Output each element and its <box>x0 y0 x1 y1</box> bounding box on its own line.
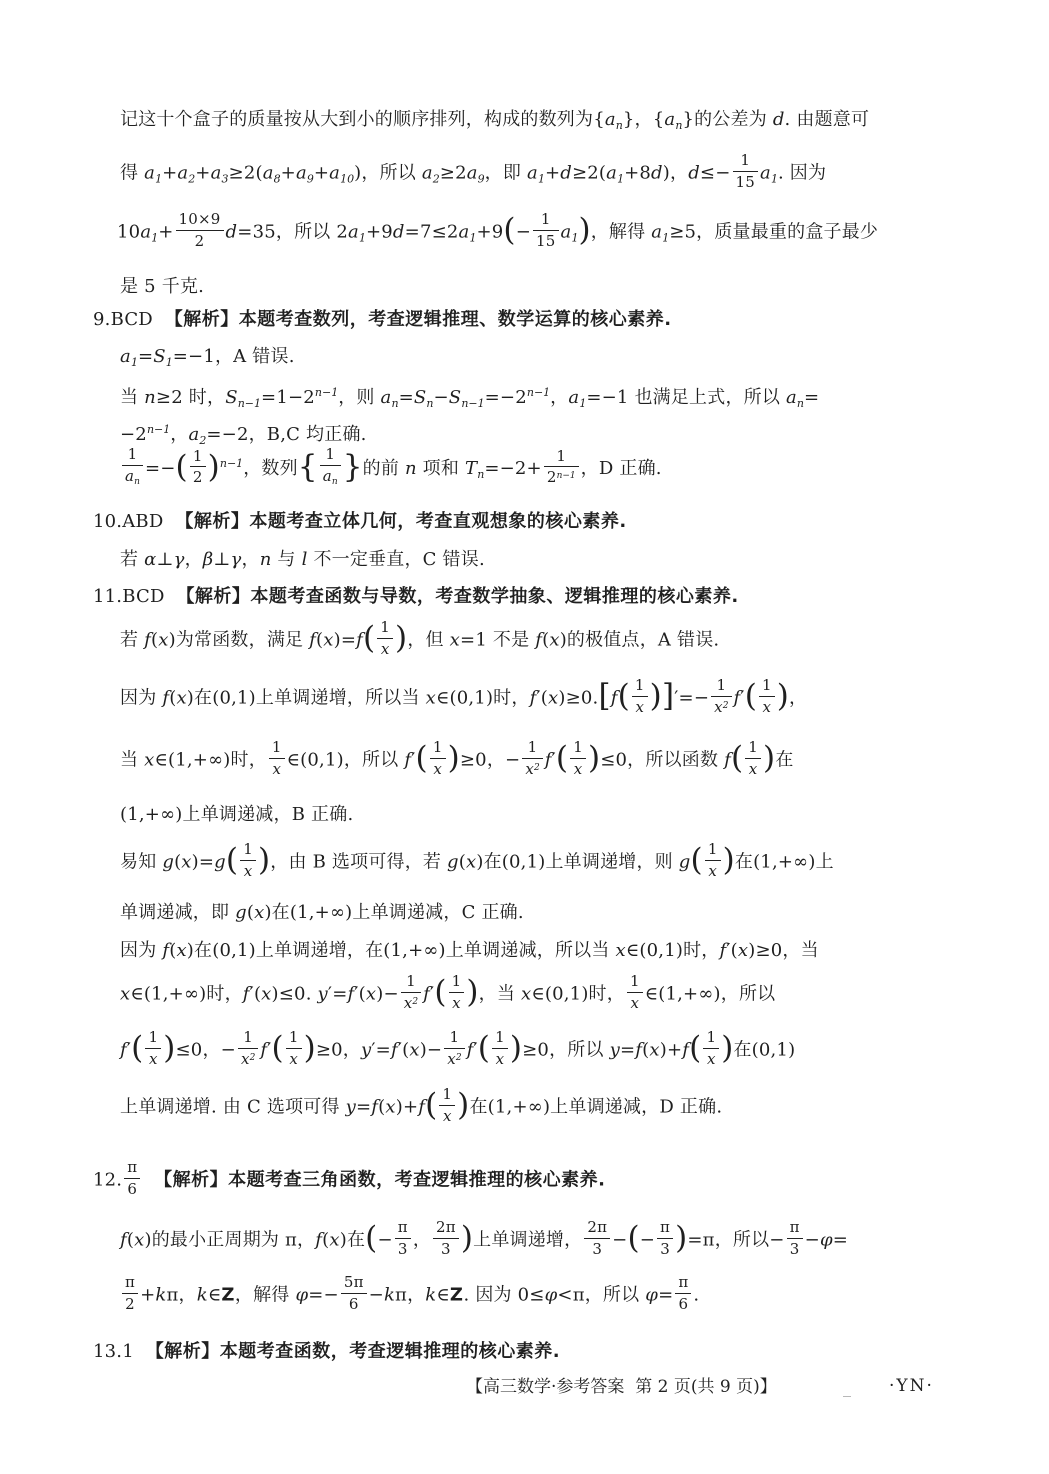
text-run: +9 <box>366 222 393 243</box>
subscript: 9 <box>478 173 485 186</box>
doc-line-1: 记这十个盒子的质量按从大到小的顺序排列，构成的数列为{an}，{an}的公差为 … <box>120 107 869 139</box>
math-variable: x <box>707 1050 716 1068</box>
text-run: 1 <box>573 738 583 756</box>
text-run: = <box>620 1040 635 1061</box>
denominator: x <box>759 697 775 716</box>
big-delimiter: { <box>298 452 318 483</box>
denominator: 3 <box>657 1239 673 1258</box>
text-run: 2 <box>125 1295 135 1313</box>
fraction: 1x <box>439 1085 455 1124</box>
math-variable: f <box>418 1097 425 1118</box>
math-variable: x <box>254 902 264 923</box>
text-run: 1 <box>148 1028 158 1046</box>
text-run: ，即 <box>485 163 527 184</box>
big-delimiter: ( <box>416 743 428 774</box>
math-variable: d <box>773 109 785 130</box>
text-run: 易知 <box>120 852 162 873</box>
math-variable: x <box>176 688 186 709</box>
text-run: π <box>790 1218 800 1236</box>
denominator: x <box>286 1049 302 1068</box>
math-variable: a <box>144 163 155 184</box>
math-variable: d <box>688 163 700 184</box>
text-run: =1−2 <box>261 387 315 408</box>
big-delimiter: ( <box>503 215 515 246</box>
math-variable: a <box>467 163 478 184</box>
math-variable: x <box>452 994 461 1012</box>
math-variable: x <box>447 1050 456 1068</box>
bold-text: Z <box>450 1285 464 1306</box>
text-run: ∈(1,+∞)时， <box>154 750 266 771</box>
text-run: 1 <box>128 445 138 463</box>
text-run: − <box>369 1285 384 1306</box>
math-variable: g <box>162 852 174 873</box>
numerator: 1 <box>240 840 256 861</box>
math-variable: x <box>525 760 534 778</box>
bold-text: Z <box>221 1285 235 1306</box>
fraction: 1x <box>269 738 285 777</box>
numerator: 1 <box>711 676 731 697</box>
text-run: )≤0. <box>272 984 318 1005</box>
math-variable: S <box>153 346 166 367</box>
math-variable: g <box>214 852 226 873</box>
math-variable: a <box>527 163 538 184</box>
text-run: 得 <box>120 163 144 184</box>
subscript: n−1 <box>461 397 484 410</box>
math-variable: f <box>356 630 363 651</box>
superscript: 2 <box>723 701 729 711</box>
fraction: 1x2 <box>711 676 731 715</box>
math-variable: x <box>763 698 772 716</box>
doc-line-20: x∈(1,+∞)时，f′(x)≤0. y′=f′(x)−1x2f′(1x)，当 … <box>120 975 775 1014</box>
text-run: +8 <box>624 163 651 184</box>
text-run: π， <box>395 1285 425 1306</box>
text-run: − <box>434 387 449 408</box>
text-run: ≥0，− <box>460 750 520 771</box>
numerator: 2π <box>433 1218 459 1239</box>
denominator: 15 <box>733 172 759 191</box>
text-run: 的前 <box>363 458 405 479</box>
big-delimiter: ) <box>763 743 775 774</box>
text-run: )− <box>420 1040 443 1061</box>
math-variable: f <box>467 1040 474 1061</box>
text-run: π <box>678 1273 688 1291</box>
text-run: 2 <box>547 468 557 486</box>
math-variable: x <box>261 984 271 1005</box>
text-run: 6 <box>679 1295 689 1313</box>
text-run: − <box>640 1230 655 1251</box>
big-delimiter: ( <box>363 623 375 654</box>
math-variable: a <box>651 222 662 243</box>
numerator: 1 <box>320 445 341 466</box>
denominator: x2 <box>444 1049 464 1068</box>
fraction: 1x <box>703 1028 719 1067</box>
text-run: <π，所以 <box>557 1285 645 1306</box>
text-run: π， <box>166 1285 196 1306</box>
numerator: 1 <box>570 738 586 759</box>
text-run: π <box>125 1273 135 1291</box>
text-run: . 因为 0≤ <box>463 1285 544 1306</box>
math-variable: x <box>649 1040 659 1061</box>
math-variable: g <box>679 852 691 873</box>
fraction: π6 <box>675 1273 691 1312</box>
text-run: 13.1 <box>93 1341 146 1362</box>
text-run: 上单调递增， <box>473 1230 582 1251</box>
superscript: 2 <box>456 1053 462 1063</box>
subscript: 1 <box>131 356 138 369</box>
text-run: 3 <box>441 1240 451 1258</box>
math-variable: f <box>309 630 316 651</box>
big-delimiter: ( <box>365 1223 377 1254</box>
math-variable: x <box>404 994 413 1012</box>
fraction: 1x <box>759 676 775 715</box>
text-run: 上单调递增. 由 C 选项可得 <box>120 1097 346 1118</box>
text-run: . 因为 <box>778 163 826 184</box>
text-run: 1 <box>433 738 443 756</box>
big-delimiter: ] <box>662 681 674 712</box>
numerator: 1 <box>190 447 206 468</box>
fraction: 1x <box>492 1028 508 1067</box>
math-variable: x <box>466 852 476 873</box>
fraction: 1x <box>377 618 393 657</box>
text-run: 1 <box>450 1028 460 1046</box>
math-variable: a <box>263 163 274 184</box>
text-run: =π，所以− <box>687 1230 784 1251</box>
denominator: 6 <box>675 1294 691 1313</box>
text-run: ， <box>242 549 260 570</box>
denominator: 3 <box>787 1239 803 1258</box>
big-delimiter: ( <box>618 681 630 712</box>
fraction: 1x <box>570 738 586 777</box>
numerator: 1 <box>703 1028 719 1049</box>
math-variable: a <box>323 467 332 485</box>
subscript: 1 <box>166 356 173 369</box>
text-run: ，D 正确. <box>581 458 662 479</box>
fraction: π3 <box>657 1218 673 1257</box>
math-variable: S <box>449 387 462 408</box>
math-variable: f <box>611 688 618 709</box>
scan-artifact: _ <box>843 1378 851 1397</box>
math-variable: k <box>197 1285 208 1306</box>
fraction: 1x <box>449 972 465 1011</box>
denominator: x <box>269 759 285 778</box>
denominator: x <box>240 861 256 880</box>
big-delimiter: ) <box>578 215 590 246</box>
math-variable: S <box>414 387 427 408</box>
fraction: 10×92 <box>176 210 224 249</box>
subscript: 1 <box>771 173 778 186</box>
math-variable: d <box>560 163 572 184</box>
denominator: x <box>705 861 721 880</box>
denominator: x <box>430 759 446 778</box>
denominator: x2 <box>522 759 542 778</box>
math-variable: n <box>144 387 156 408</box>
numerator: π <box>787 1218 803 1239</box>
big-delimiter: ( <box>556 743 568 774</box>
bold-text: 【解析】本题考查函数与导数，考查数学抽象、逻辑推理的核心素养. <box>176 586 738 607</box>
big-delimiter: ) <box>258 845 270 876</box>
text-run: )≥0. <box>558 688 598 709</box>
subscript: n <box>797 397 804 410</box>
math-variable: f <box>724 750 731 771</box>
math-variable: a <box>140 222 151 243</box>
text-run: )+ <box>660 1040 683 1061</box>
denominator: x2 <box>238 1049 258 1068</box>
doc-line-15: 当 x∈(1,+∞)时，1x∈(0,1)，所以 f′(1x)≥0，−1x2f′(… <box>120 741 794 780</box>
footer-region-code: ·YN· <box>889 1376 934 1396</box>
numerator: π <box>675 1273 691 1294</box>
math-variable: x <box>244 862 253 880</box>
denominator: 2 <box>176 231 224 250</box>
math-variable: a <box>177 163 188 184</box>
numerator: 1 <box>145 1028 161 1049</box>
text-run: )− <box>376 984 399 1005</box>
math-variable: x <box>381 640 390 658</box>
numerator: 1 <box>759 676 775 697</box>
big-delimiter: ( <box>627 1223 639 1254</box>
big-delimiter: ) <box>448 743 460 774</box>
big-delimiter: ) <box>777 681 789 712</box>
text-run: 在(0,1) <box>733 1040 795 1061</box>
text-run: + <box>281 163 296 184</box>
math-variable: x <box>738 940 748 961</box>
math-variable: x <box>433 760 442 778</box>
big-delimiter: ) <box>510 1033 522 1064</box>
math-variable: n <box>405 458 417 479</box>
fraction: π6 <box>124 1158 140 1197</box>
superscript: n−1 <box>527 386 550 399</box>
denominator: 2 <box>122 1294 138 1313</box>
math-variable: y <box>610 1040 620 1061</box>
text-run: ′= <box>371 1040 391 1061</box>
math-variable: k <box>425 1285 436 1306</box>
text-run: = <box>138 346 153 367</box>
text-run: 9.BCD <box>93 309 165 330</box>
math-variable: x <box>144 750 154 771</box>
text-run: π <box>398 1218 408 1236</box>
text-run: 在 <box>775 750 793 771</box>
numerator: 1 <box>745 738 761 759</box>
text-run: ∈(0,1)时， <box>626 940 720 961</box>
denominator: 6 <box>124 1179 140 1198</box>
text-run: 10×9 <box>179 210 221 228</box>
text-run: ，数列 <box>243 458 298 479</box>
text-run: ′( <box>250 984 262 1005</box>
big-delimiter: ) <box>461 1223 473 1254</box>
math-variable: x <box>521 984 531 1005</box>
math-variable: x <box>409 1040 419 1061</box>
math-variable: T <box>465 458 477 479</box>
text-run: ′= <box>328 984 348 1005</box>
text-run: π <box>127 1158 137 1176</box>
denominator: 3 <box>433 1239 459 1258</box>
denominator: x <box>627 993 643 1012</box>
text-run: 1 <box>380 618 390 636</box>
fraction: π3 <box>395 1218 411 1257</box>
text-run: )在(1,+∞)上单调递减，C 正确. <box>264 902 523 923</box>
fraction: 12n−1 <box>544 447 579 486</box>
denominator: x <box>745 759 761 778</box>
math-variable: β <box>203 549 214 570</box>
denominator: 15 <box>533 231 559 250</box>
big-delimiter: ) <box>163 1033 175 1064</box>
math-variable: f <box>144 630 151 651</box>
text-run: }的公差为 <box>682 109 772 130</box>
text-run: −2 <box>120 424 147 445</box>
text-run: =−2+ <box>484 458 542 479</box>
text-run: 记这十个盒子的质量按从大到小的顺序排列，构成的数列为{ <box>120 109 605 130</box>
text-run: 2 <box>195 232 205 250</box>
text-run: ⊥ <box>156 549 173 570</box>
numerator: 1 <box>238 1028 258 1049</box>
text-run: − <box>805 1230 820 1251</box>
big-delimiter: ( <box>745 681 757 712</box>
text-run: ≥0，所以 <box>522 1040 609 1061</box>
superscript: n−1 <box>315 386 338 399</box>
text-run: 1 <box>325 445 335 463</box>
math-variable: y <box>361 1040 371 1061</box>
big-delimiter: ( <box>272 1033 284 1064</box>
text-run: ≥2 时， <box>156 387 225 408</box>
text-run: ≤0，− <box>176 1040 236 1061</box>
big-delimiter: ) <box>304 1033 316 1064</box>
bold-text: 【解析】本题考查数列，考查逻辑推理、数学运算的核心素养. <box>165 309 672 330</box>
fraction: 1x <box>627 972 643 1011</box>
text-run: )在 <box>340 1230 365 1251</box>
math-variable: x <box>329 1230 339 1251</box>
text-run: ( <box>459 852 466 873</box>
text-run: ∈(0,1)时， <box>436 688 530 709</box>
text-run: ′( <box>726 940 738 961</box>
text-run: 6 <box>127 1180 137 1198</box>
math-variable: a <box>329 163 340 184</box>
text-run: 因为 <box>120 940 162 961</box>
superscript: 2 <box>534 763 540 773</box>
subscript: 8 <box>274 173 281 186</box>
math-variable: x <box>443 1107 452 1125</box>
math-variable: x <box>749 760 758 778</box>
doc-line-18: 单调递减，即 g(x)在(1,+∞)上单调递减，C 正确. <box>120 900 524 926</box>
big-delimiter: ) <box>466 977 478 1008</box>
text-run: )在(0,1)上单调递增，则 <box>476 852 678 873</box>
text-run: 项和 <box>417 458 465 479</box>
text-run: 3 <box>790 1240 800 1258</box>
text-run: + <box>545 163 560 184</box>
bold-text: 【解析】本题考查函数，考查逻辑推理的核心素养. <box>146 1341 560 1362</box>
doc-line-10: 10.ABD 【解析】本题考查立体几何，考查直观想象的核心素养. <box>93 509 627 535</box>
numerator: 1 <box>544 447 579 468</box>
text-run: 2π <box>436 1218 456 1236</box>
text-run: 1 <box>243 840 253 858</box>
fraction: 1x <box>145 1028 161 1067</box>
text-run: =− <box>308 1285 339 1306</box>
big-delimiter: } <box>343 452 363 483</box>
text-run: ≥2( <box>229 163 263 184</box>
text-run: ≤− <box>700 163 731 184</box>
doc-line-3: 10a1+10×92d=35，所以 2a1+9d=7≤2a1+9(−115a1)… <box>117 213 878 252</box>
doc-line-4: 是 5 千克. <box>120 274 204 300</box>
text-run: = <box>658 1285 673 1306</box>
denominator: 2 <box>190 467 206 486</box>
big-delimiter: ( <box>434 977 446 1008</box>
math-variable: f <box>120 1040 127 1061</box>
big-delimiter: ) <box>208 452 220 483</box>
math-variable: a <box>296 163 307 184</box>
text-run: 1 <box>541 210 551 228</box>
math-variable: a <box>561 222 572 243</box>
doc-line-12: 11.BCD 【解析】本题考查函数与导数，考查数学抽象、逻辑推理的核心素养. <box>93 584 739 610</box>
text-run: ≥2 <box>440 163 467 184</box>
text-run: 1 <box>706 1028 716 1046</box>
math-variable: n <box>260 549 272 570</box>
text-run: 当 <box>120 387 144 408</box>
text-run: 与 <box>272 549 302 570</box>
big-delimiter: ) <box>650 681 662 712</box>
big-delimiter: ) <box>723 845 735 876</box>
numerator: 1 <box>733 151 759 172</box>
text-run: )， <box>663 163 688 184</box>
text-run: ， <box>170 424 188 445</box>
math-variable: a <box>188 424 199 445</box>
text-run: 1 <box>452 972 462 990</box>
text-run: ，当 <box>479 984 521 1005</box>
doc-line-7: 当 n≥2 时，Sn−1=1−2n−1，则 an=Sn−Sn−1=−2n−1，a… <box>120 380 819 417</box>
fraction: π3 <box>787 1218 803 1257</box>
text-run: 1 <box>289 1028 299 1046</box>
denominator: 2n−1 <box>544 467 579 486</box>
math-variable: a <box>568 387 579 408</box>
text-run: + <box>158 222 173 243</box>
math-variable: x <box>635 698 644 716</box>
denominator: x <box>632 697 648 716</box>
text-run: 2π <box>587 1218 607 1236</box>
text-run: 15 <box>736 173 756 191</box>
text-run: =7≤2 <box>405 222 459 243</box>
fraction: 1an <box>122 445 143 487</box>
big-delimiter: ( <box>425 1090 437 1121</box>
numerator: 10×9 <box>176 210 224 231</box>
math-variable: k <box>155 1285 166 1306</box>
numerator: 5π <box>341 1273 367 1294</box>
text-run: . 由题意可 <box>785 109 870 130</box>
text-run: + <box>314 163 329 184</box>
numerator: 1 <box>430 738 446 759</box>
superscript: 2 <box>250 1053 256 1063</box>
text-run: 1 <box>556 447 566 465</box>
numerator: 1 <box>632 676 648 697</box>
text-run: = <box>399 387 414 408</box>
math-variable: x <box>176 940 186 961</box>
text-run: 10.ABD <box>93 511 175 532</box>
math-variable: a <box>459 222 470 243</box>
fraction: 115 <box>533 210 559 249</box>
text-run: ∈(1,+∞)，所以 <box>645 984 776 1005</box>
doc-line-16: (1,+∞)上单调递减，B 正确. <box>120 802 353 828</box>
fraction: 1x <box>430 738 446 777</box>
text-run: 1 <box>630 972 640 990</box>
subscript: 3 <box>222 173 229 186</box>
subscript: n <box>391 397 398 410</box>
text-run: 1 <box>748 738 758 756</box>
doc-line-11: 若 α⊥γ，β⊥γ，n 与 l 不一定垂直，C 错误. <box>120 547 485 573</box>
text-run: ( <box>247 902 254 923</box>
denominator: 6 <box>341 1294 367 1313</box>
numerator: 1 <box>533 210 559 231</box>
fraction: 1x2 <box>238 1028 258 1067</box>
math-variable: x <box>134 1230 144 1251</box>
text-run: + <box>162 163 177 184</box>
subscript: n <box>426 397 433 410</box>
big-delimiter: ) <box>395 623 407 654</box>
